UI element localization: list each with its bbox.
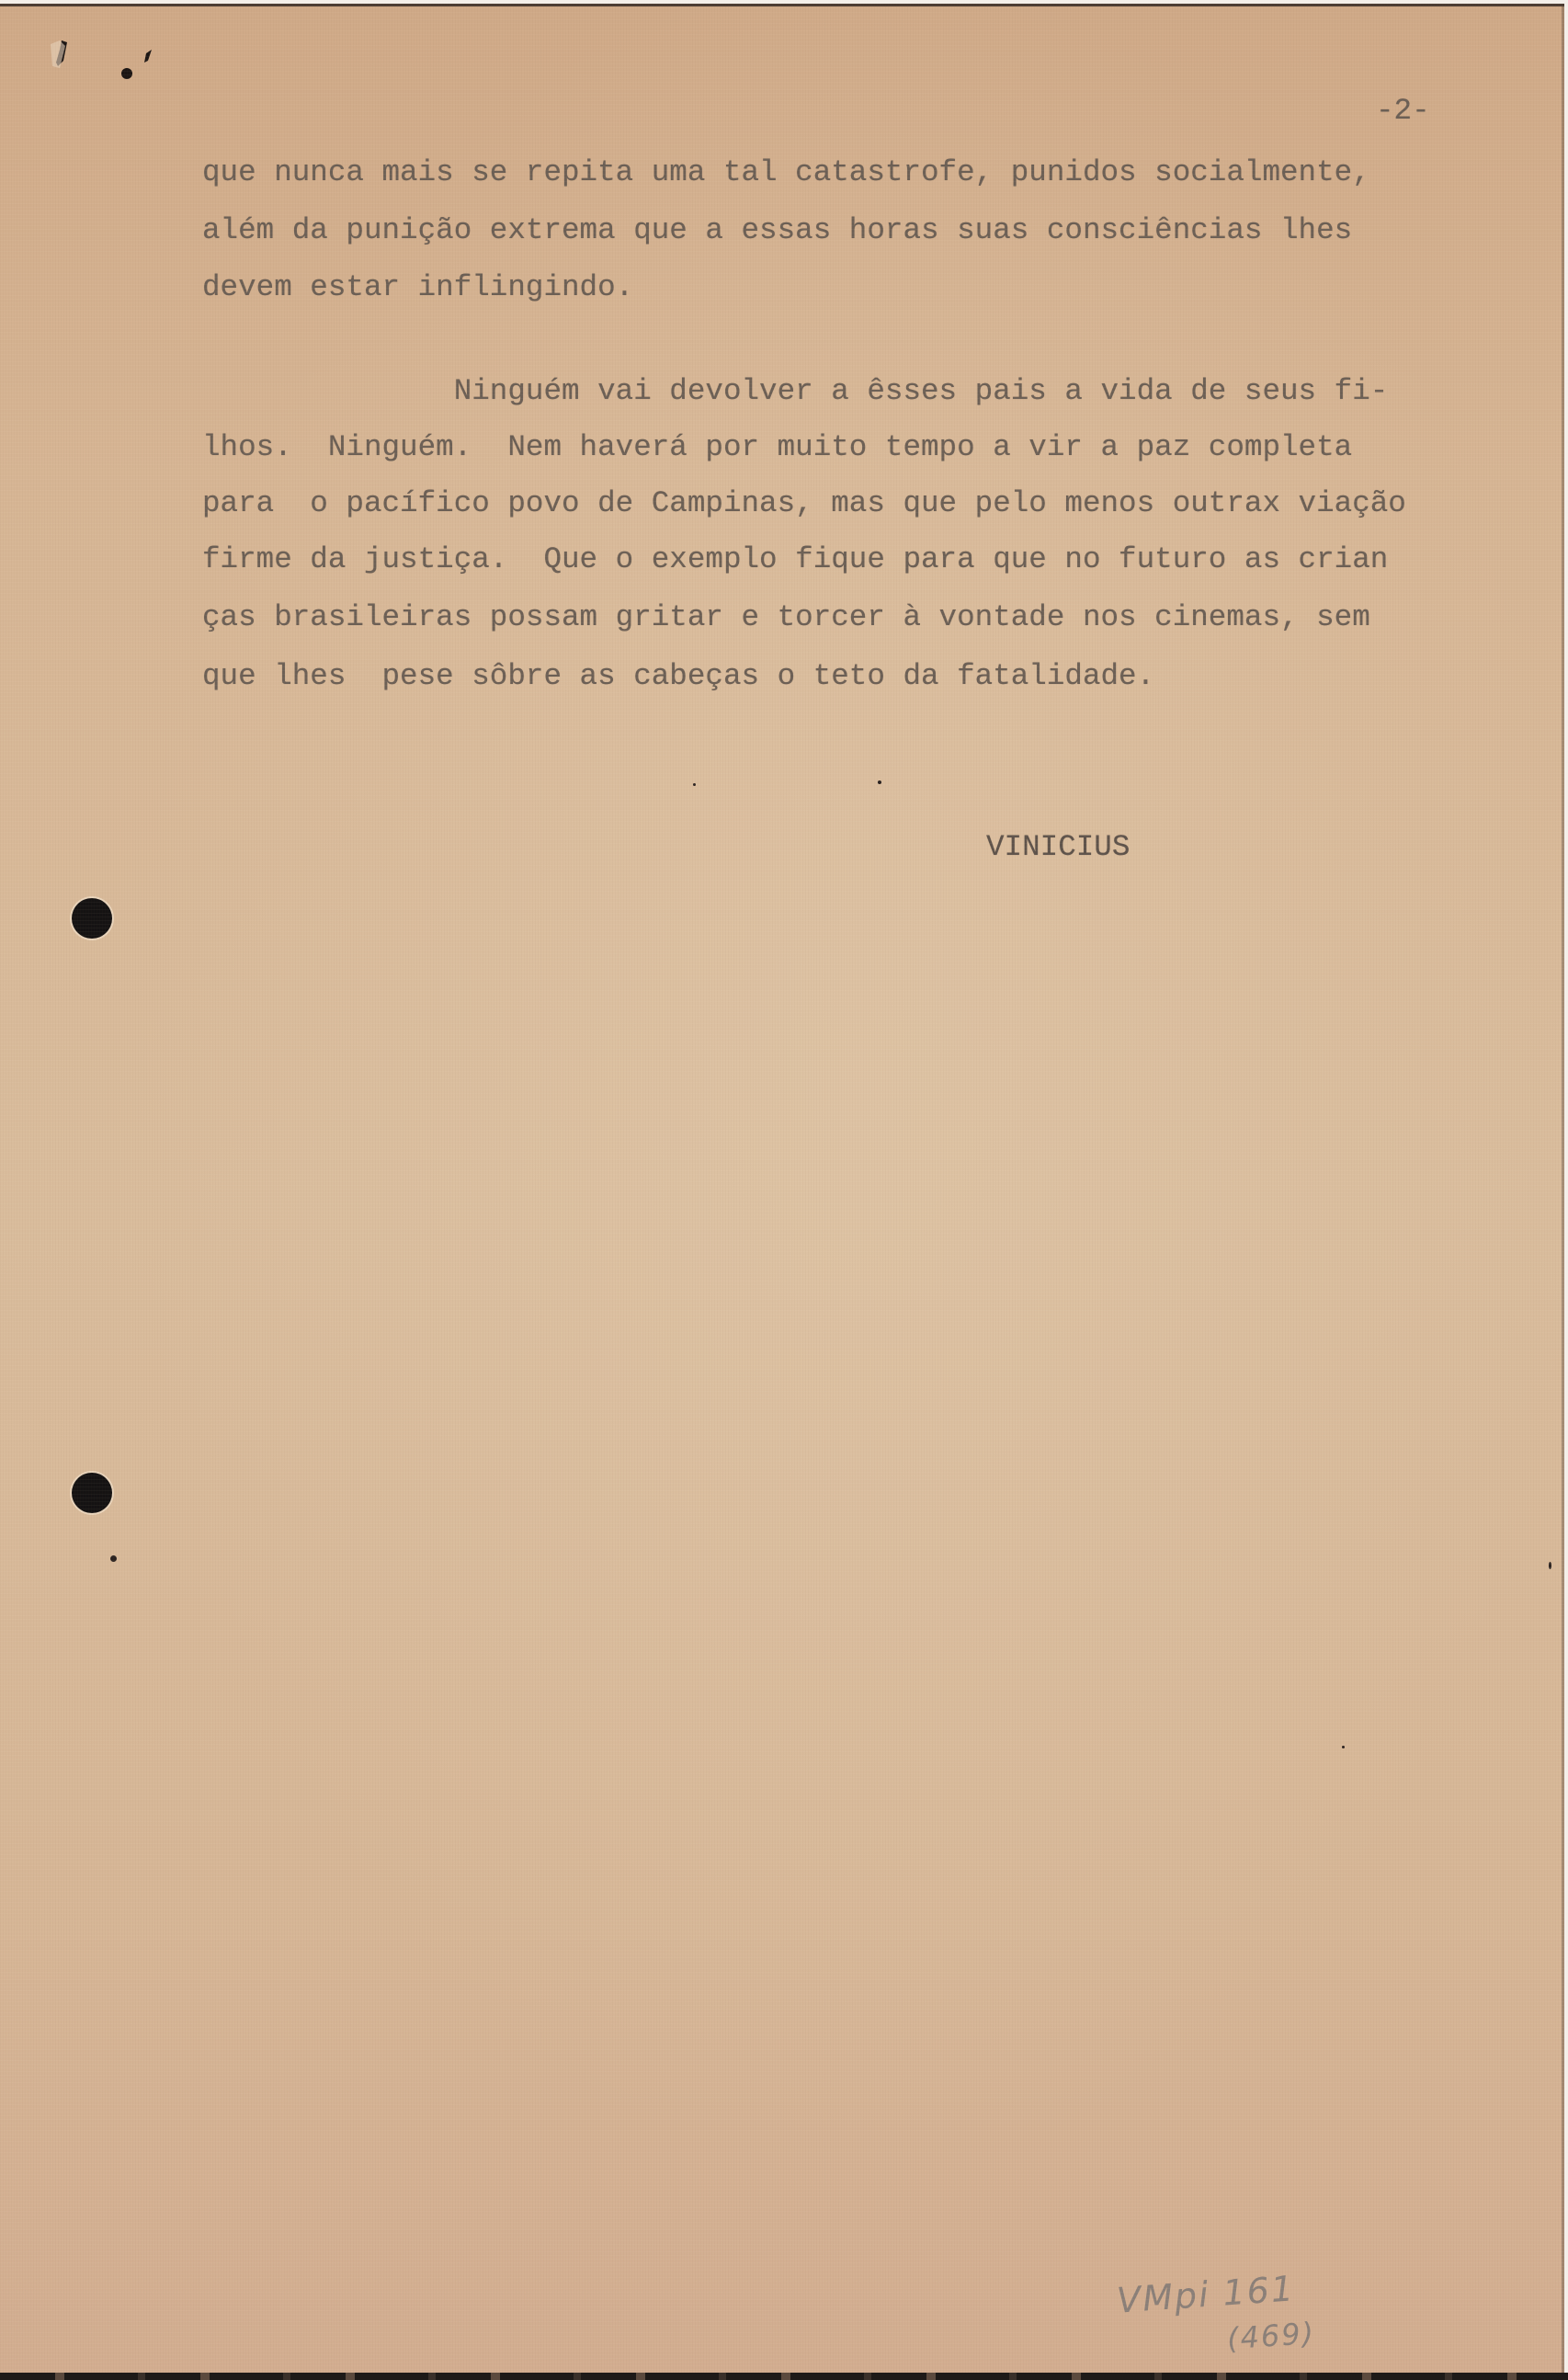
text-line-4: Ninguém vai devolver a êsses pais a vida… <box>202 377 1388 407</box>
text-line-6: para o pacífico povo de Campinas, mas qu… <box>202 489 1406 519</box>
punch-hole-top <box>72 898 112 939</box>
text-line-5: lhos. Ninguém. Nem haverá por muito temp… <box>202 433 1352 463</box>
scan-bottom-edge <box>0 2373 1568 2380</box>
text-line-1: que nunca mais se repita uma tal catastr… <box>202 158 1370 188</box>
text-line-3: devem estar inflingindo. <box>202 273 633 303</box>
signature: VINICIUS <box>986 833 1130 863</box>
text-line-2: além da punição extrema que a essas hora… <box>202 216 1352 246</box>
document-page: -2- que nunca mais se repita uma tal cat… <box>0 4 1564 2374</box>
page-number: -2- <box>1376 97 1430 127</box>
punch-hole-bottom <box>72 1473 112 1513</box>
paper-speck <box>1342 1746 1345 1748</box>
text-line-7: firme da justiça. Que o exemplo fique pa… <box>202 545 1388 575</box>
corner-tear-marks <box>51 40 161 96</box>
paper-speck <box>1549 1562 1551 1569</box>
text-line-9: que lhes pese sôbre as cabeças o teto da… <box>202 662 1154 692</box>
handwritten-reference: VMpi 161 <box>1116 2268 1297 2320</box>
paper-speck <box>878 780 881 784</box>
paper-speck <box>110 1555 117 1562</box>
handwritten-number: (469) <box>1226 2316 1316 2357</box>
paper-speck <box>693 783 696 786</box>
text-line-8: ças brasileiras possam gritar e torcer à… <box>202 603 1370 633</box>
